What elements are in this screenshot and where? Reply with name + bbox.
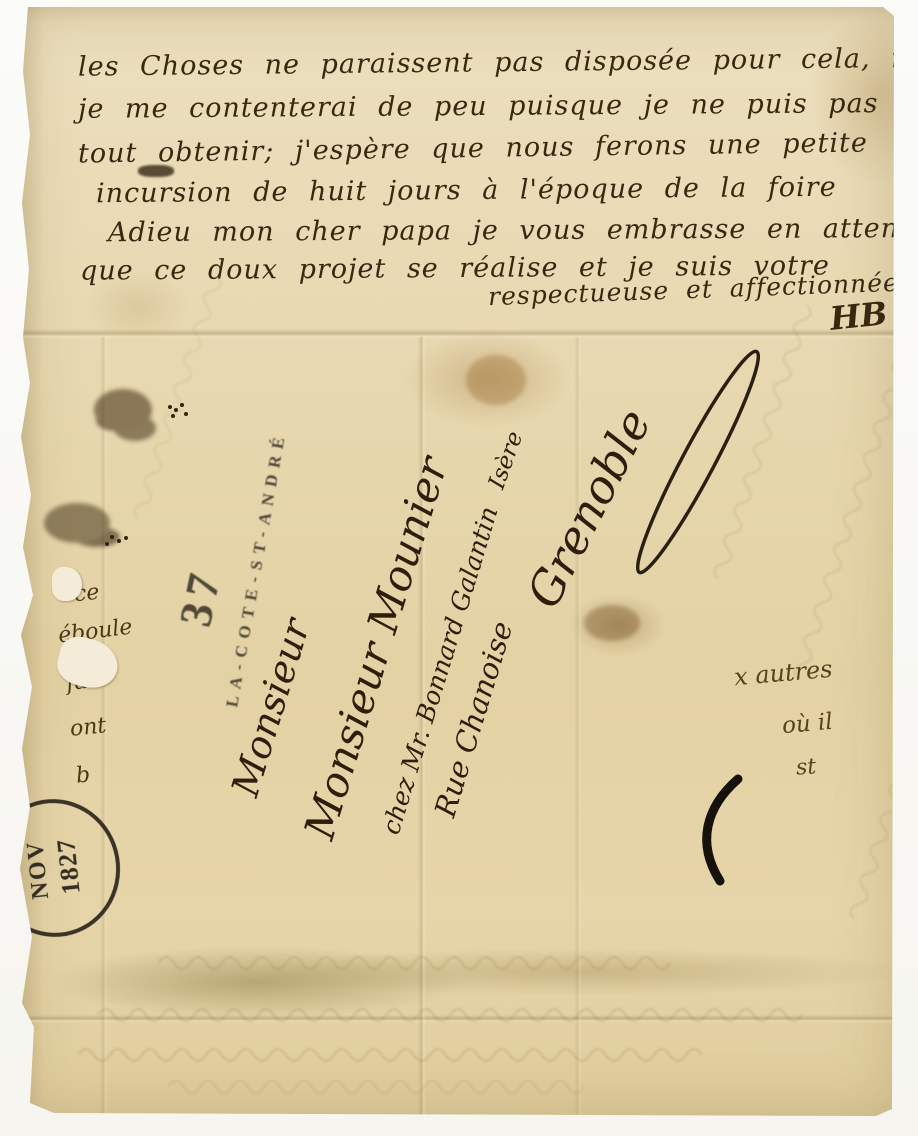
edge-fragment: x autres xyxy=(733,655,834,691)
ink-smudge xyxy=(138,165,174,177)
postal-stamp-number: 37 xyxy=(168,563,232,631)
paper-stain xyxy=(584,605,640,641)
bleedthrough-script xyxy=(158,951,678,975)
postmark-year: 1827 xyxy=(51,837,87,896)
edge-fragment: st xyxy=(795,754,817,780)
paper-stain xyxy=(466,355,526,405)
letter-line: incursion de huit jours à l'époque de la… xyxy=(96,172,837,209)
ink-speckles xyxy=(110,535,114,539)
signature: HB xyxy=(828,294,889,338)
ink-stain xyxy=(44,503,110,543)
postmark-month: NOV xyxy=(22,839,55,901)
ink-stain xyxy=(94,389,152,431)
edge-fragment: ont xyxy=(69,713,108,742)
letter-line: les Choses ne paraissent pas disposée po… xyxy=(78,42,918,82)
ink-speckles xyxy=(168,405,172,409)
ink-arc-mark xyxy=(684,771,754,891)
letter-paper: les Choses ne paraissent pas disposée po… xyxy=(18,7,897,1116)
torn-paper-chip xyxy=(52,567,82,601)
letter-line: Adieu mon cher papa je vous embrasse en … xyxy=(108,213,918,248)
letter-line: tout obtenir; j'espère que nous ferons u… xyxy=(78,127,868,169)
address-department: Isère xyxy=(484,428,529,492)
bleedthrough-script xyxy=(78,1043,718,1067)
bleedthrough-script xyxy=(98,1003,818,1027)
vertical-fold-crease xyxy=(574,337,582,1115)
bleedthrough-script xyxy=(168,1075,588,1099)
edge-fragment: b xyxy=(75,762,92,788)
edge-fragment: où il xyxy=(781,709,834,739)
letter-line: je me contenterai de peu puisque je ne p… xyxy=(78,88,879,125)
